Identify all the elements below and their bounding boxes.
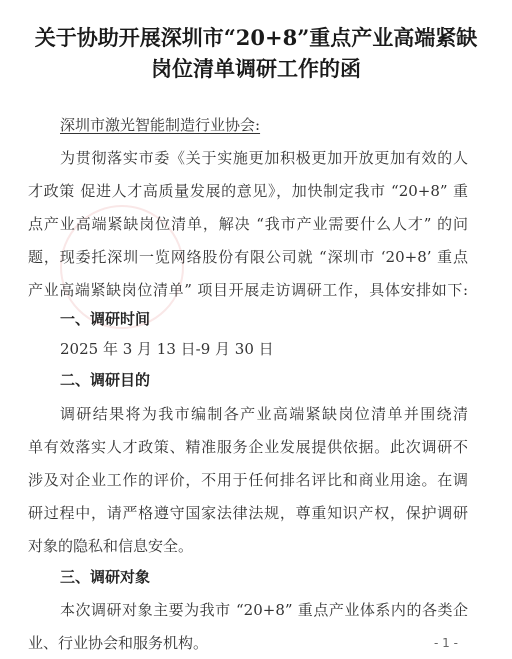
section-body-line: 本次调研对象主要为我市 “20+8” 重点产业体系内的各类企 <box>60 600 468 620</box>
document-title-line-1: 关于协助开展深圳市“20+8”重点产业高端紧缺 <box>0 22 512 52</box>
page-number: - 1 - <box>434 636 458 650</box>
section-body-line: 研过程中，请严格遵守国家法律法规，尊重知识产权，保护调研 <box>28 503 468 523</box>
section-heading-purpose: 二、调研目的 <box>60 370 150 390</box>
intro-paragraph-line: 点产业高端紧缺岗位清单，解决 “我市产业需要什么人才” 的问 <box>28 214 468 234</box>
section-body-line: 涉及对企业工作的评价，不用于任何排名评比和商业用途。在调 <box>28 470 468 490</box>
section-body-line: 2025 年 3 月 13 日-9 月 30 日 <box>60 339 468 359</box>
intro-paragraph-line: 产业高端紧缺岗位清单” 项目开展走访调研工作，具体安排如下: <box>28 280 468 300</box>
section-heading-time: 一、调研时间 <box>60 309 150 329</box>
document-title-line-2: 岗位清单调研工作的函 <box>0 53 512 83</box>
section-body-line: 调研结果将为我市编制各产业高端紧缺岗位清单并围绕清 <box>60 404 468 424</box>
section-body-line: 业、行业协会和服务机构。 <box>28 633 468 653</box>
section-heading-targets: 三、调研对象 <box>60 567 150 587</box>
salutation: 深圳市激光智能制造行业协会: <box>60 115 468 135</box>
intro-paragraph-line: 才政策 促进人才高质量发展的意见》，加快制定我市 “20+8” 重 <box>28 181 468 201</box>
section-body-line: 单有效落实人才政策、精准服务企业发展提供依据。此次调研不 <box>28 437 468 457</box>
intro-paragraph-line: 为贯彻落实市委《关于实施更加积极更加开放更加有效的人 <box>60 148 468 168</box>
intro-paragraph-line: 题，现委托深圳一览网络股份有限公司就 “深圳市 ‘20+8’ 重点 <box>28 247 468 267</box>
section-body-line: 对象的隐私和信息安全。 <box>28 536 468 556</box>
